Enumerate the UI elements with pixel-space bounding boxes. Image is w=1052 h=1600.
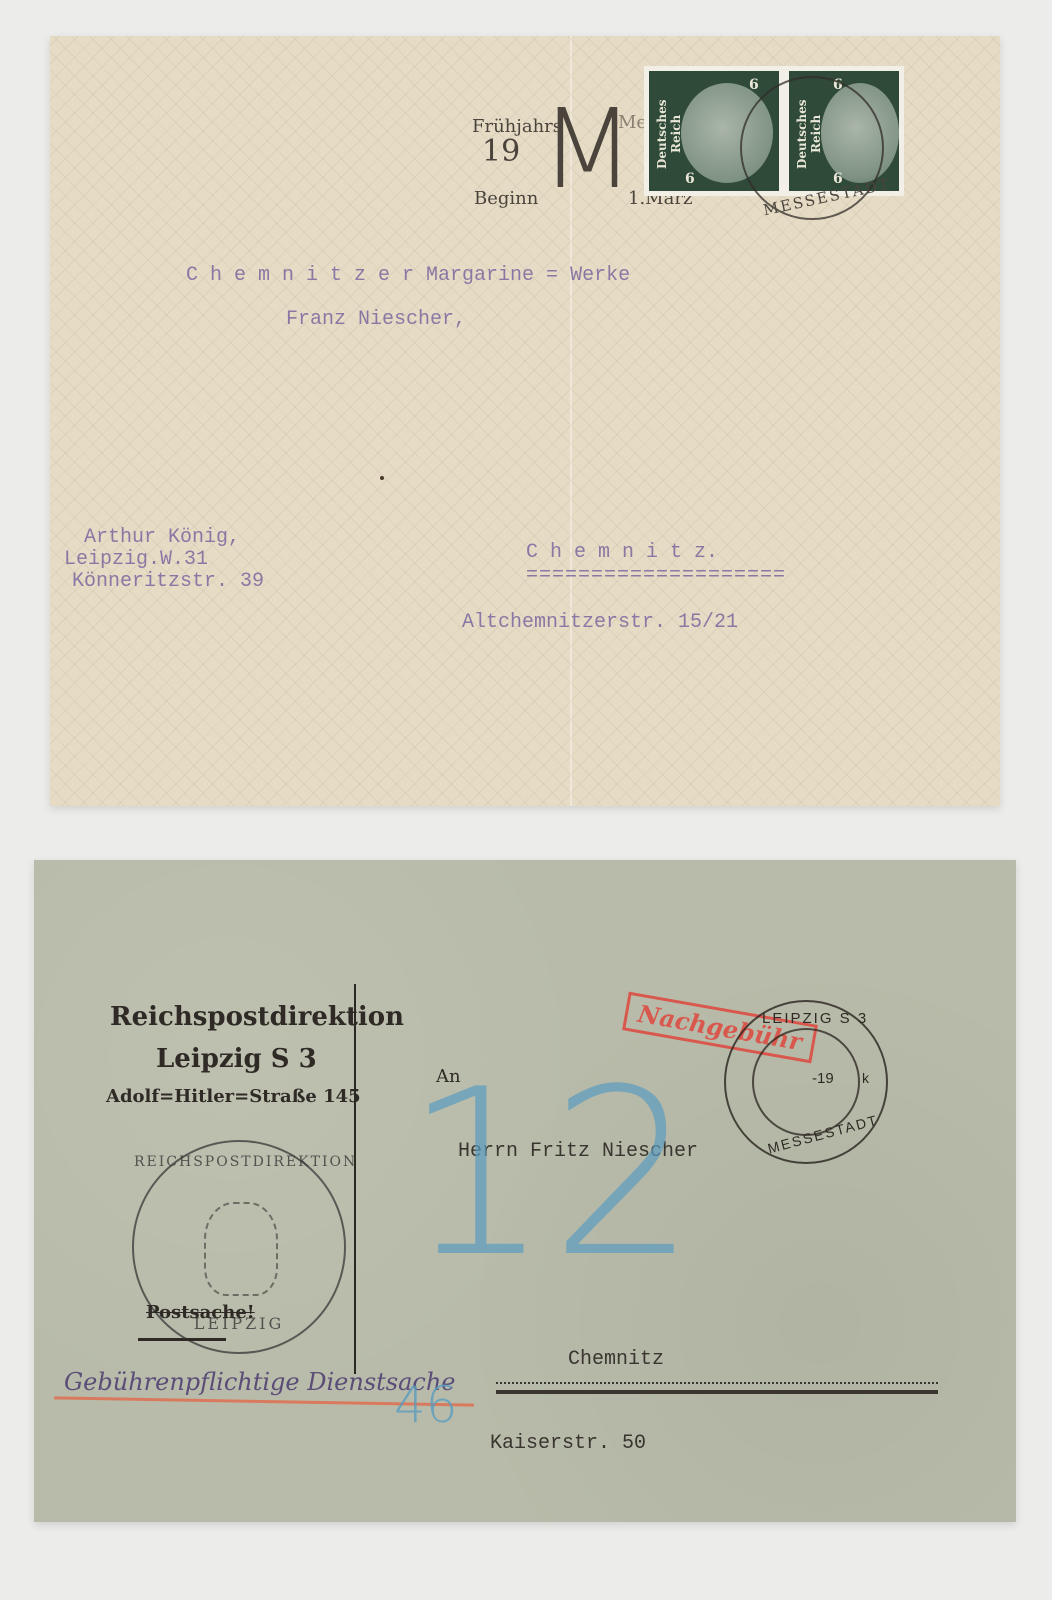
recipient-street: Kaiserstr. 50 (490, 1432, 646, 1455)
slogan-line3: Beginn (474, 188, 538, 209)
eagle-emblem-icon (204, 1202, 278, 1296)
dotted-line (496, 1382, 938, 1384)
messe-m-logo: M (540, 94, 635, 204)
address-rule (496, 1390, 938, 1394)
recipient-city: Chemnitz (568, 1348, 664, 1371)
ink-spot (380, 476, 384, 480)
sender-name: Arthur König, (84, 526, 240, 549)
sender-office: Reichspostdirektion (110, 1002, 404, 1032)
recipient-street: Altchemnitzerstr. 15/21 (462, 611, 738, 634)
sender-street: Könneritzstr. 39 (72, 570, 264, 593)
postsache-struck: Postsache! (146, 1302, 255, 1323)
recipient-city-underline: ==================== (526, 564, 786, 587)
sender-street: Adolf=Hitler=Straße 145 (106, 1086, 361, 1107)
sender-city: Leipzig S 3 (156, 1044, 317, 1074)
postmark-circle: LEIPZIG S 3 -19 k MESSESTADT (724, 1000, 888, 1164)
envelope-bottom: Reichspostdirektion Leipzig S 3 Adolf=Hi… (34, 860, 1016, 1522)
handwritten-small-number: 46 (394, 1380, 458, 1430)
recipient-name: Franz Niescher, (286, 308, 466, 331)
recipient-city: C h e m n i t z. (526, 541, 718, 564)
handwritten-large-number: 12 (404, 1060, 697, 1290)
envelope-top: Frühjahrs 19 Beginn M Messe 1.März Deuts… (50, 36, 1000, 806)
sender-city: Leipzig.W.31 (64, 548, 208, 571)
underline (138, 1338, 226, 1341)
recipient-company: C h e m n i t z e r Margarine = Werke (186, 264, 630, 287)
slogan-number: 19 (482, 134, 520, 169)
seal-ring-text: REICHSPOSTDIREKTION (134, 1154, 344, 1170)
vertical-divider (354, 984, 356, 1374)
